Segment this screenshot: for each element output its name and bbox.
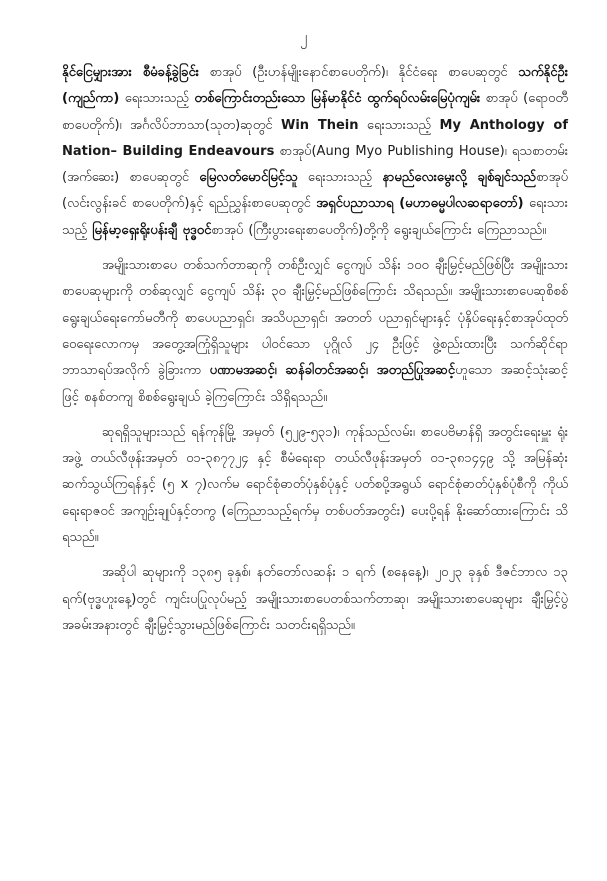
text-run: အဆိုပါ ဆုများကို ၁၃၈၅ ခုနှစ်၊ နတ်တော်လဆန… [62,565,568,633]
bold-text-run: ပဏာမအဆင့်၊ ဆန်ခါတင်အဆင့်၊ အတည်ပြုအဆင့် [210,363,455,378]
bold-text-run: နိုင်ငြေမျှားအား စီမံခန့်ခွဲခြင်း [62,65,199,80]
bold-text-run: နာမည်လေးမွေးလို့ ချစ်ချင်သည် [382,170,536,185]
bold-text-run: Win Thein [281,118,359,133]
text-run: (Aung Myo Publishing House) [311,144,504,159]
text-run: စာအုပ် [274,144,311,159]
text-run: အမျိုးသားစာပေ တစ်သက်တာဆုကို တစ်ဦးလျှင် င… [62,258,568,378]
paragraph-contact-instructions: ဆုရရှိသူများသည် ရန်ကုန်မြို့ အမှတ် (၅၂၉-… [62,420,568,551]
text-run: စာအုပ် (ကြီးပွားရေးစာပေတိုက်)တို့ကို ရွေ… [211,223,546,238]
text-run: ဆုရရှိသူများသည် ရန်ကုန်မြို့ အမှတ် (၅၂၉-… [62,425,568,545]
bold-text-run: မြေလတ်မောင်မြင့်သူ [199,170,297,185]
paragraph-awards-list: နိုင်ငြေမျှားအား စီမံခန့်ခွဲခြင်း စာအုပ်… [62,60,568,244]
page-number: ၂ [0,28,607,50]
bold-text-run: တစ်ကြောင်းတည်းသော မြန်မာနိုင်ငံ ထွက်ရပ်လ… [194,91,480,106]
bold-text-run: အရှင်ပညာသာရ (မဟာဓမ္မပါလဆရာတော်) [316,196,523,211]
text-run: ရေးသားသည့် [298,170,383,185]
text-run: ရေးသားသည့် [119,91,194,106]
text-run: စာအုပ် (ဦးဟန်မျိုးနောင်စာပေတိုက်)၊ နိုင်… [199,65,518,80]
paragraph-prize-amounts: အမျိုးသားစာပေ တစ်သက်တာဆုကို တစ်ဦးလျှင် င… [62,253,568,411]
paragraph-ceremony-date: အဆိုပါ ဆုများကို ၁၃၈၅ ခုနှစ်၊ နတ်တော်လဆန… [62,560,568,639]
document-body: နိုင်ငြေမျှားအား စီမံခန့်ခွဲခြင်း စာအုပ်… [62,60,568,648]
document-page: ၂ နိုင်ငြေမျှားအား စီမံခန့်ခွဲခြင်း စာအု… [0,0,607,881]
bold-text-run: မြန်မာ့ရှေးရိုးပန်းချီ ဗုဒ္ဓဝင် [92,223,211,238]
text-run: ရေးသားသည့် [359,118,440,133]
